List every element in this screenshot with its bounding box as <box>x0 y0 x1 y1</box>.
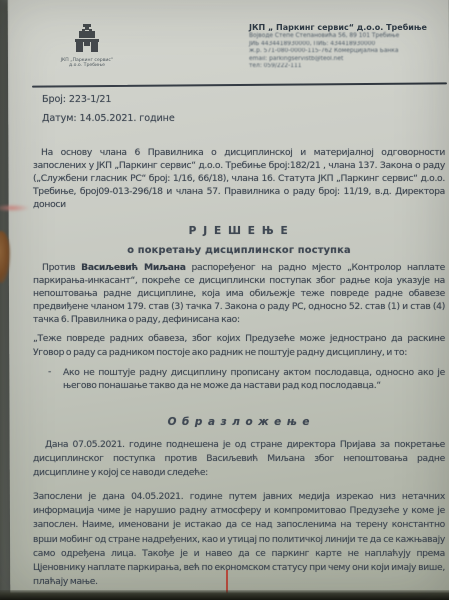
company-ids: ЈИБ 4434418930000, ПИБ: 434418930000 <box>249 41 445 49</box>
subject-prefix: Против <box>42 262 81 273</box>
rationale-heading: О б р а з л о ж е њ е <box>33 416 445 428</box>
company-block: ЈКП „ Паркинг сервис“ д.о.о. Требиње Вој… <box>249 23 445 71</box>
paper-left-edge-shadow <box>0 0 10 600</box>
violation-bullet-text: Ако не поштује радну дисциплину прописан… <box>63 366 445 393</box>
decision-title: Р Ј Е Ш Е Њ Е <box>33 225 445 237</box>
company-bank-account: ж.р. 571-080-0000-115-762 Комерцијална Б… <box>249 48 445 56</box>
logo-caption-line2: д.о.о. Требиње <box>58 63 116 68</box>
company-phone: тел: 059/222-111 <box>249 63 445 71</box>
decision-subtitle: о покретању дисциплинског поступка <box>33 245 445 256</box>
legal-basis-paragraph: На основу члана 6 Правилника о дисциплин… <box>33 146 445 211</box>
document-number: Број: 223-1/21 <box>42 94 111 105</box>
document-date: Датум: 14.05.2021. године <box>42 113 175 124</box>
document-photo: ЈКП „Паркинг сервис“ д.о.о. Требиње ЈКП … <box>0 0 449 600</box>
violation-bullet-item: - Ако не поштује радну дисциплину пропис… <box>48 366 445 393</box>
rationale-paragraph-2: Запослени је дана 04.05.2021. године пут… <box>33 490 445 589</box>
company-address: Војводе Степе Степановића 56, 89 101 Тре… <box>249 33 445 41</box>
company-logo: ЈКП „Паркинг сервис“ д.о.о. Требиње <box>58 24 116 69</box>
subject-paragraph: Против Васиљевић Миљана распоређеног на … <box>33 261 445 326</box>
fortress-emblem-icon <box>58 24 116 58</box>
bullet-dash-marker: - <box>48 366 63 393</box>
violation-quote-paragraph: „Теже повреде радних обавеза, због којих… <box>33 332 445 360</box>
rationale-paragraph-1: Дана 07.05.2021. године поднешена је од … <box>33 438 445 479</box>
subject-name: Васиљевић Миљана <box>81 262 185 273</box>
company-email: email: parkingservistb@teol.net <box>249 56 445 64</box>
photo-bottom-edge <box>0 590 449 600</box>
company-name: ЈКП „ Паркинг сервис“ д.о.о. Требиње <box>249 23 445 33</box>
